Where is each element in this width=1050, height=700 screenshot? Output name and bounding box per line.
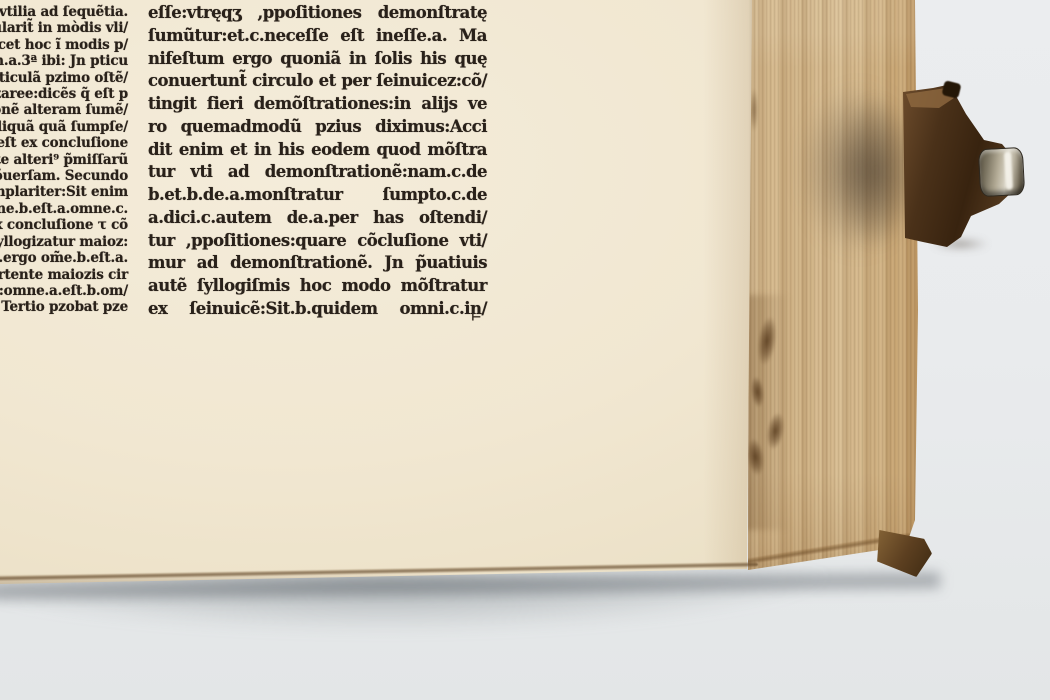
text-line: conuertunt̃ circulo et per ſeinuicez:cõ/ [148, 70, 487, 93]
text-line: c ex concluſione τ cõ [0, 217, 128, 233]
text-line: nifeſtum ergo quoniã in ſolis his quę [148, 48, 487, 71]
text-line: emplariter:Sit enim [0, 184, 128, 200]
text-line: ro quemadmodũ pzius diximus:Acci [148, 116, 487, 139]
book-page: a vtilia ad ſequẽtia. cularit̃ in mòdis … [0, 0, 756, 590]
text-line: autẽ ſyllogiſmis hoc modo mõſtratur [148, 275, 487, 298]
text-line: ocet hoc ĩ modis p/ [0, 37, 128, 53]
text-line: reliquã quã ſumpſe/ [0, 119, 128, 135]
text-line: cõuerſam. Secundo [0, 168, 128, 184]
text-line: t.c.ergo om̃e.b.eſt.a. [0, 250, 128, 266]
text-line: tingit fieri demõſtrationes:in alijs ve [148, 93, 487, 116]
text-line: articulã pzimo oſtẽ/ [0, 70, 128, 86]
text-line: tur vti ad demonſtrationẽ:nam.c.de [148, 161, 487, 184]
text-line: b.et.b.de.a.monſtratur ſumpto.c.de [148, 184, 487, 207]
text-line: b. Tertio pzobat pze [0, 299, 128, 315]
text-line: r ſyllogizatur maioz: [0, 234, 128, 250]
text-line: dit enim et in his eodem quod mõſtra [148, 139, 487, 162]
text-line: ouertente maiozis cir [0, 267, 128, 283]
text-line: a.dici.c.autem de.a.per has oſtendi/ [148, 207, 487, 230]
text-line: c:omne.a.eſt.b.om/ [0, 283, 128, 299]
text-line: tẽte alteri⁹ p̃miſſarũ [0, 152, 128, 168]
clasp-metal-hook [978, 147, 1025, 197]
text-line: em̃.a.3ª ibi: Jn pticu [0, 53, 128, 69]
printers-mark: ⊢ [471, 311, 482, 323]
metal-shine [1004, 151, 1013, 189]
fore-edge-stain [750, 88, 758, 132]
text-column-left: a vtilia ad ſequẽtia. cularit̃ in mòdis … [0, 4, 128, 316]
text-line: ex ſeinuicẽ:Sit.b.quidem omni.c.in/ [148, 298, 487, 321]
text-line: eſt:eſt ex concluſione [0, 135, 128, 151]
text-line: a vtilia ad ſequẽtia. [0, 4, 128, 20]
book-clasp [903, 80, 1027, 252]
text-line: tionẽ alteram ſumẽ/ [0, 102, 128, 118]
text-line: eſſe:vtręqʒ ,ppoſitiones demonſtratę [148, 2, 487, 25]
text-line: ſumũtur:et.c.neceſſe eſt ineſſe.a. Ma [148, 25, 487, 48]
text-column-right: eſſe:vtręqʒ ,ppoſitiones demonſtratę ſum… [148, 2, 487, 321]
text-line: gizaree:dicẽs q̃ eſt p [0, 86, 128, 102]
text-line: cularit̃ in mòdis vli/ [0, 20, 128, 36]
photo-scene: a vtilia ad ſequẽtia. cularit̃ in mòdis … [0, 0, 1050, 700]
book-fore-edge [740, 0, 926, 575]
text-line: tur ,ppoſitiones:quare cõcluſione vti/ [148, 230, 487, 253]
text-line: mur ad demonſtrationẽ. Jn p̃uatiuis [148, 252, 487, 275]
text-line: nne.b.eſt.a.omne.c. [0, 201, 128, 217]
